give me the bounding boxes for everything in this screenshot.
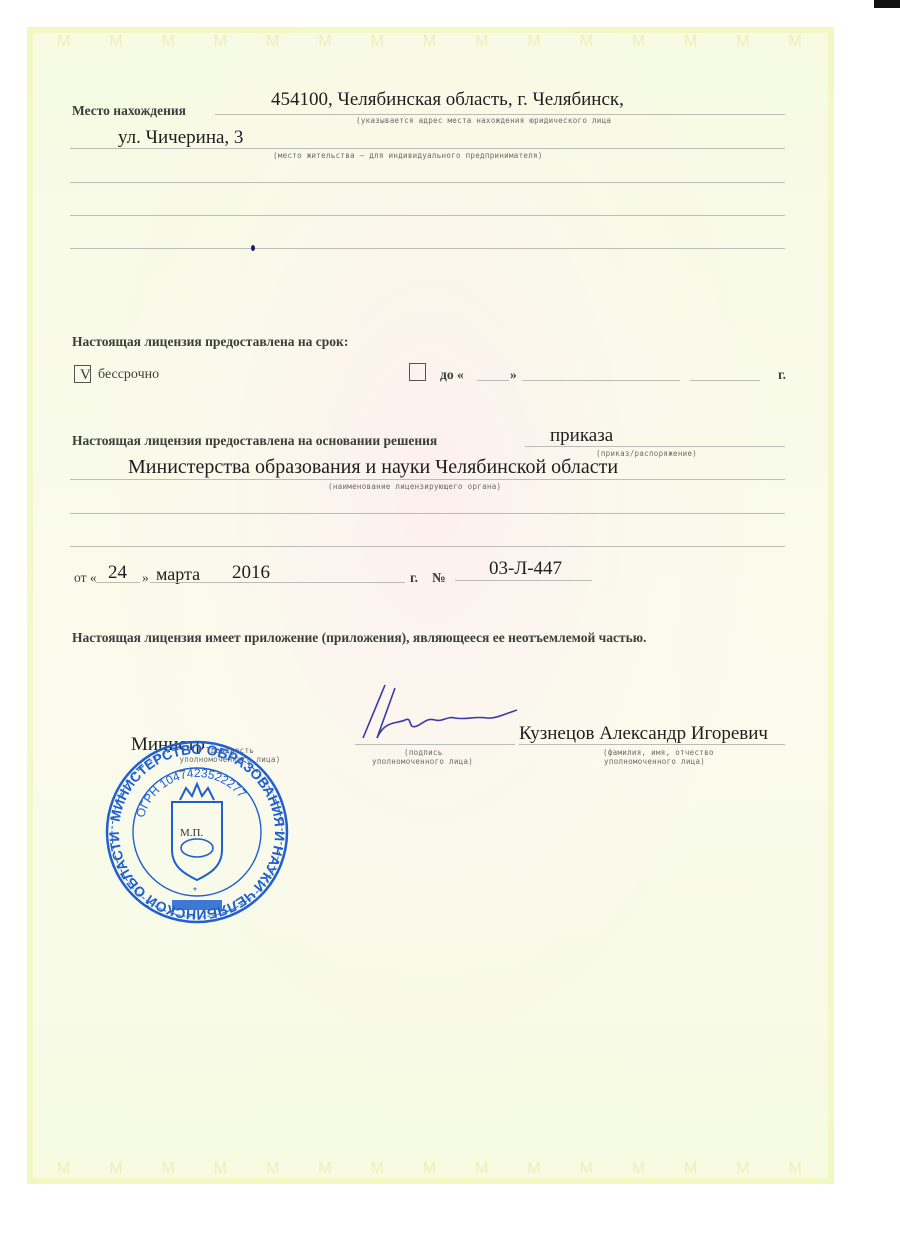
signature	[355, 680, 520, 745]
location-label: Место нахождения	[72, 103, 186, 119]
authority-hint: (наименование лицензирующего органа)	[328, 482, 501, 491]
date-rule	[150, 582, 405, 583]
name-hint-2: уполномоченного лица)	[604, 757, 705, 766]
scan-corner-mark	[874, 0, 900, 8]
until-year-rule	[690, 380, 760, 381]
location-line2: ул. Чичерина, 3	[118, 127, 243, 149]
date-day-close: »	[142, 570, 149, 586]
svg-text:ОГРН 1047423522277: ОГРН 1047423522277	[133, 766, 249, 819]
location-line1-rule	[215, 114, 785, 115]
watermark-bottom: MMMMMMMMMMMMMMM	[57, 1160, 804, 1180]
location-line2-rule	[70, 148, 785, 149]
date-day: 24	[108, 562, 127, 584]
until-mid: »	[510, 367, 517, 383]
signatory-name: Кузнецов Александр Игоревич	[519, 723, 768, 745]
date-prefix: от «	[74, 570, 97, 586]
blank-rule-3	[70, 248, 785, 249]
blank-rule-1	[70, 182, 785, 183]
date-year: 2016	[232, 562, 270, 584]
watermark-top: MMMMMMMMMMMMMMM	[57, 33, 804, 53]
blank-rule-2	[70, 215, 785, 216]
licensing-authority: Министерства образования и науки Челябин…	[128, 456, 618, 479]
number-rule	[455, 580, 592, 581]
decision-type: приказа	[550, 425, 613, 447]
location-hint2: (место жительства – для индивидуального …	[273, 151, 543, 160]
signature-hint-2: уполномоченного лица)	[372, 757, 473, 766]
decision-type-rule	[525, 446, 785, 447]
date-day-rule	[96, 582, 140, 583]
term-label: Настоящая лицензия предоставлена на срок…	[72, 334, 348, 350]
name-hint-1: (фамилия, имя, отчество	[603, 748, 714, 757]
location-hint1: (указывается адрес места нахождения юрид…	[356, 116, 611, 125]
number-label: №	[432, 570, 446, 586]
signature-rule	[355, 744, 515, 745]
authority-rule	[70, 479, 785, 480]
check-mark-icon: V	[80, 367, 91, 384]
blank-rule-5	[70, 546, 785, 547]
signature-hint-1: (подпись	[404, 748, 443, 757]
indefinite-checkbox[interactable]: V	[74, 365, 91, 383]
until-prefix: до «	[440, 367, 464, 383]
until-suffix: г.	[778, 367, 786, 383]
license-number: 03-Л-447	[489, 558, 562, 580]
location-line1: 454100, Челябинская область, г. Челябинс…	[271, 89, 624, 111]
appendix-note: Настоящая лицензия имеет приложение (при…	[72, 630, 646, 646]
indefinite-label: бессрочно	[98, 367, 159, 383]
until-month-rule	[522, 380, 680, 381]
ink-dot	[251, 245, 255, 251]
stamp-ogrn: ОГРН 1047423522277	[133, 766, 249, 819]
until-checkbox[interactable]	[409, 363, 426, 381]
official-stamp: МИНИСТЕРСТВО ОБРАЗОВАНИЯ И НАУКИ ЧЕЛЯБИН…	[102, 740, 292, 925]
blank-rule-4	[70, 513, 785, 514]
basis-label: Настоящая лицензия предоставлена на осно…	[72, 433, 437, 449]
license-sheet: MMMMMMMMMMMMMMM MMMMMMMMMMMMMMM	[27, 27, 834, 1184]
name-rule	[519, 744, 785, 745]
until-day-rule	[477, 380, 509, 381]
svg-text:*: *	[193, 886, 197, 897]
date-year-suffix: г.	[410, 570, 418, 586]
stamp-mp: М.П.	[180, 827, 203, 839]
